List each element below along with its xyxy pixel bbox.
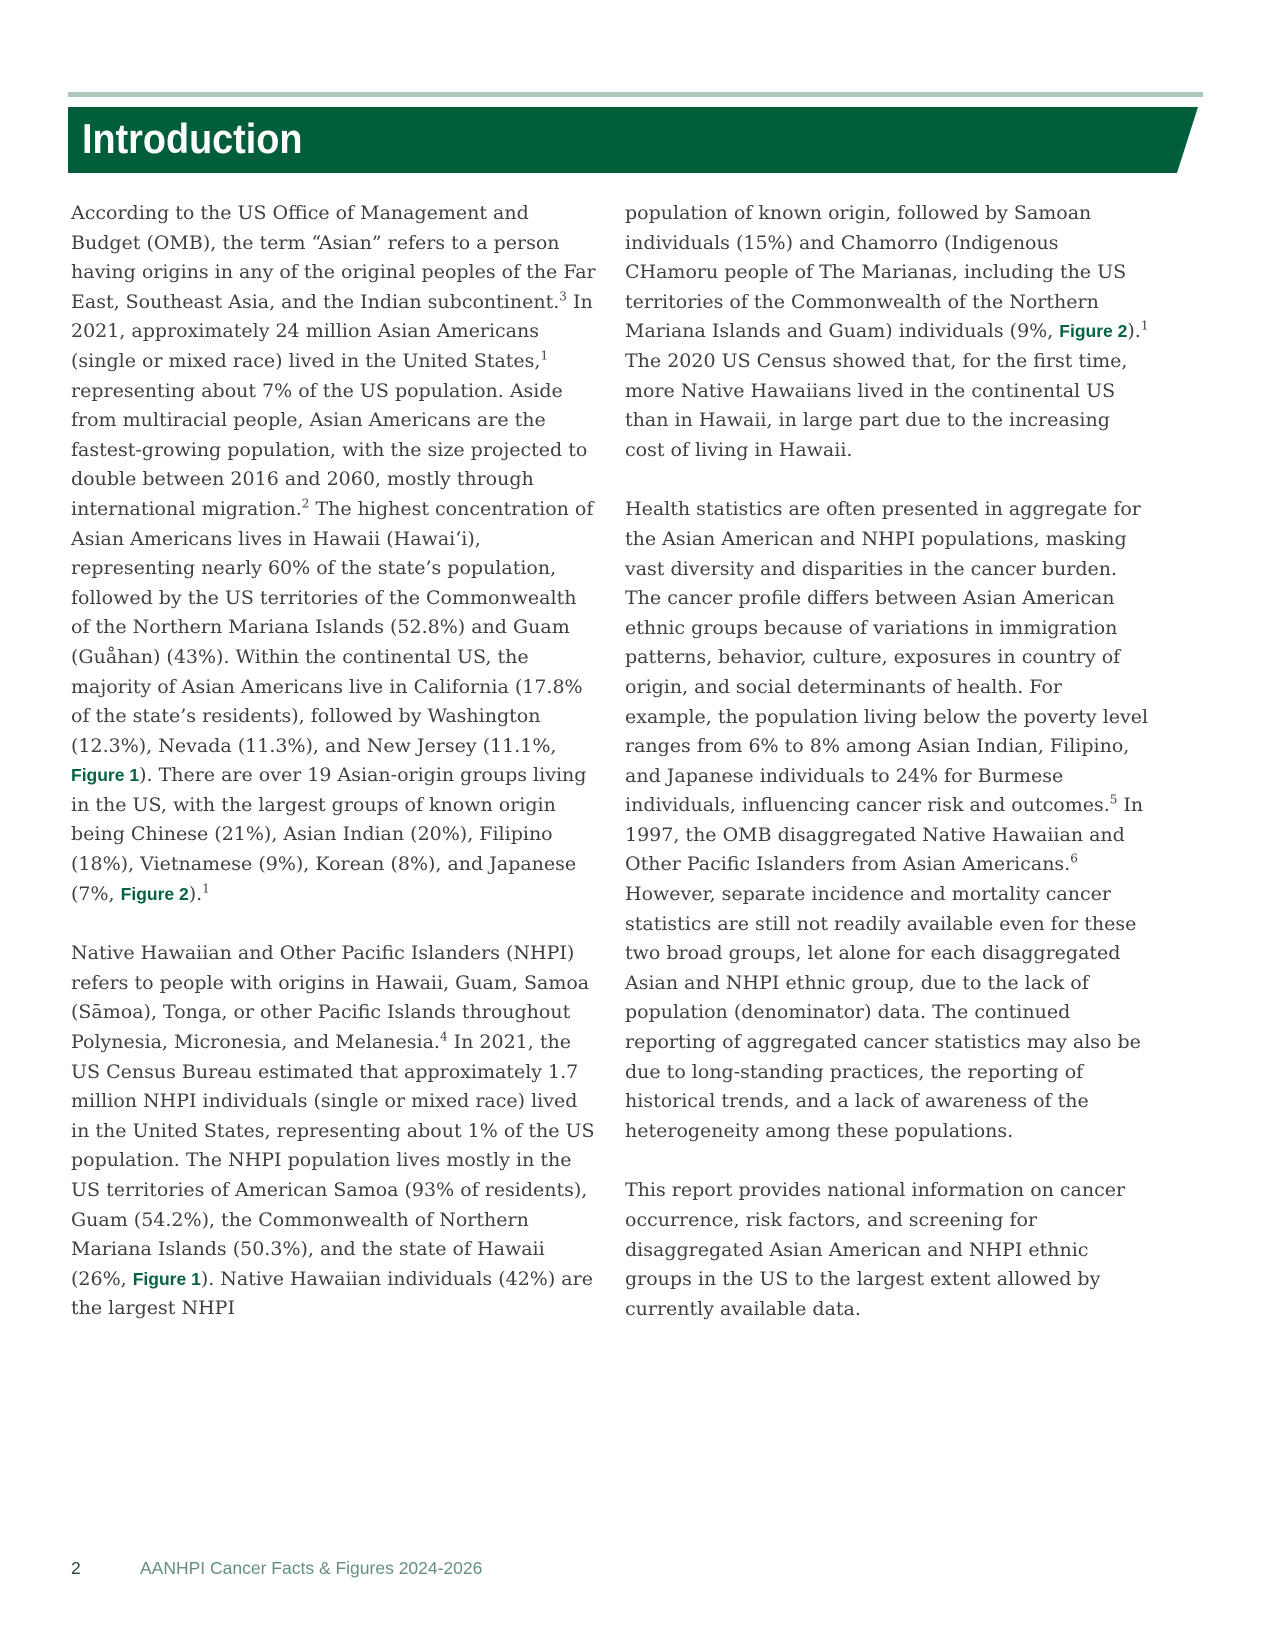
figure-link[interactable]: Figure 2 — [1059, 321, 1127, 341]
body-text: In 2021, the US Census Bureau estimated … — [71, 1031, 595, 1290]
page-number: 2 — [71, 1558, 140, 1579]
body-text: According to the US Office of Management… — [71, 202, 596, 313]
right-column: population of known origin, followed by … — [625, 199, 1152, 1354]
figure-link[interactable]: Figure 2 — [121, 884, 189, 904]
body-text: The highest concentration of Asian Ameri… — [71, 498, 593, 757]
reference-superscript: 6 — [1070, 852, 1078, 866]
section-title: Introduction — [82, 115, 302, 163]
body-text: The 2020 US Census showed that, for the … — [625, 350, 1127, 461]
section-banner: Introduction — [68, 107, 1198, 173]
body-text: However, separate incidence and mortalit… — [625, 883, 1141, 1142]
body-text: This report provides national informatio… — [625, 1179, 1125, 1319]
reference-superscript: 4 — [440, 1030, 448, 1044]
document-page: Introduction According to the US Office … — [0, 0, 1275, 1650]
reference-superscript: 1 — [202, 881, 210, 895]
body-paragraph: Health statistics are often presented in… — [625, 495, 1152, 1146]
body-text: ). — [189, 883, 202, 905]
body-paragraph: According to the US Office of Management… — [71, 199, 598, 909]
body-paragraph: This report provides national informatio… — [625, 1176, 1152, 1324]
footer-report-title: AANHPI Cancer Facts & Figures 2024-2026 — [140, 1558, 482, 1579]
body-text: ). — [1127, 320, 1140, 342]
figure-link[interactable]: Figure 1 — [133, 1269, 201, 1289]
reference-superscript: 1 — [540, 349, 548, 363]
left-column: According to the US Office of Management… — [71, 199, 598, 1354]
page-footer: 2 AANHPI Cancer Facts & Figures 2024-202… — [71, 1558, 482, 1579]
top-rule — [68, 92, 1203, 97]
body-text: population of known origin, followed by … — [625, 202, 1126, 342]
body-text: Health statistics are often presented in… — [625, 498, 1148, 816]
reference-superscript: 3 — [559, 289, 567, 303]
reference-superscript: 1 — [1141, 319, 1149, 333]
body-paragraph: population of known origin, followed by … — [625, 199, 1152, 465]
figure-link[interactable]: Figure 1 — [71, 765, 139, 785]
body-paragraph: Native Hawaiian and Other Pacific Island… — [71, 939, 598, 1324]
